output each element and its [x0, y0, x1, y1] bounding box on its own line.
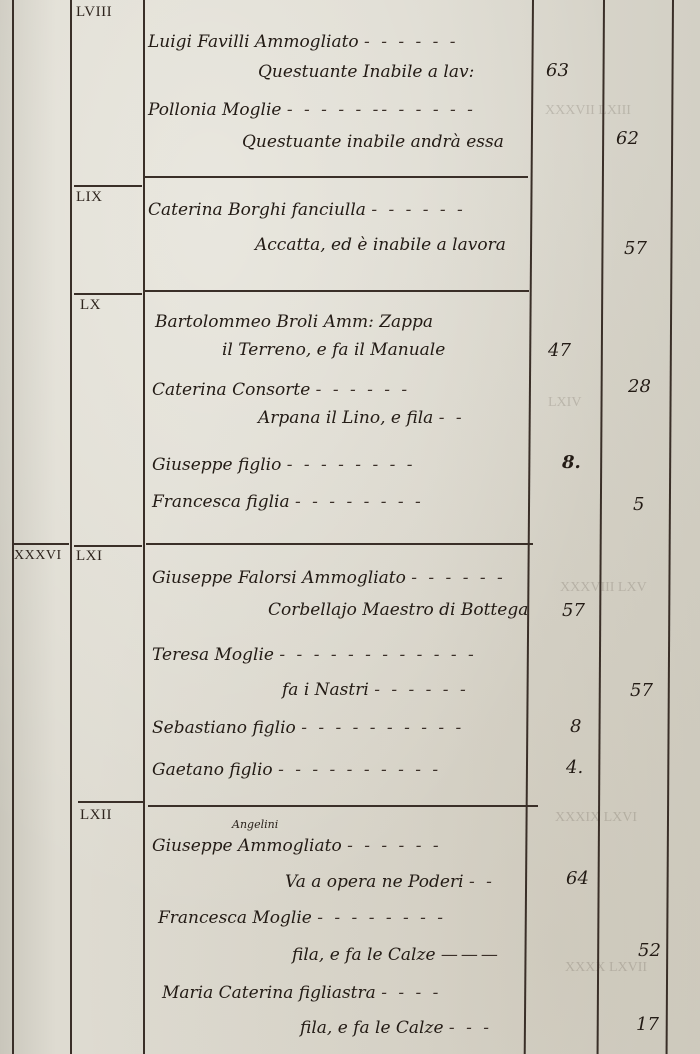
column-rule-names-right	[524, 0, 534, 1054]
family-number: LIX	[76, 189, 103, 206]
age-male: 64	[566, 868, 589, 889]
row-rule	[145, 290, 529, 292]
family-number: LXI	[76, 548, 103, 565]
member-name: Bartolommeo Broli Amm: Zappa	[155, 312, 433, 332]
age-female: 17	[636, 1014, 659, 1035]
age-female: 5	[633, 494, 644, 515]
age-male: 57	[562, 600, 585, 621]
member-name: Giuseppe figlio - - - - - - - -	[152, 455, 416, 475]
member-name: Luigi Favilli Ammogliato - - - - - -	[148, 32, 459, 52]
bleed-through-text: XXXX LXVII	[565, 960, 647, 976]
age-male: 63	[546, 60, 569, 81]
bleed-through-text: XXXIX LXVI	[555, 810, 637, 826]
age-female: 57	[624, 238, 647, 259]
member-occupation: fila, e fa le Calze - - -	[300, 1018, 492, 1038]
member-name: Pollonia Moglie - - - - - -- - - - - -	[148, 100, 476, 120]
age-female: 52	[638, 940, 661, 961]
register-page: XXXVII LXIII LXIV XXXVIII LXV XXXIX LXVI…	[0, 0, 700, 1054]
member-name: Giuseppe Falorsi Ammogliato - - - - - -	[152, 568, 506, 588]
insertion-above-line: Angelini	[232, 818, 278, 831]
member-occupation: Questuante Inabile a lav:	[258, 62, 474, 82]
row-rule	[74, 185, 142, 187]
row-rule	[146, 543, 533, 545]
member-name: Gaetano figlio - - - - - - - - - -	[152, 760, 441, 780]
column-rule-male-age-right	[597, 0, 605, 1054]
member-name: Teresa Moglie - - - - - - - - - - - -	[152, 645, 477, 665]
age-female: 57	[630, 680, 653, 701]
member-name: Francesca Moglie - - - - - - - -	[158, 908, 446, 928]
column-rule-house	[70, 0, 72, 1054]
member-occupation: Arpana il Lino, e fila - -	[258, 408, 465, 428]
family-number: LXII	[80, 807, 112, 824]
row-rule	[148, 805, 538, 807]
column-rule-left-border	[12, 0, 14, 1054]
member-name: Giuseppe Ammogliato - - - - - -	[152, 836, 442, 856]
age-female: 28	[628, 376, 651, 397]
row-rule	[74, 545, 142, 547]
age-male: 8	[570, 716, 581, 737]
row-rule	[14, 543, 69, 545]
age-male: 47	[548, 340, 571, 361]
age-female: 62	[616, 128, 639, 149]
row-rule	[74, 293, 142, 295]
member-occupation: Corbellajo Maestro di Bottega	[268, 600, 528, 620]
member-occupation: Questuante inabile andrà essa	[242, 132, 504, 152]
bleed-through-text: LXIV	[548, 395, 581, 411]
member-occupation: fila, e fa le Calze ———	[292, 945, 501, 965]
row-rule	[78, 801, 143, 803]
member-occupation: il Terreno, e fa il Manuale	[222, 340, 445, 360]
family-number: LX	[80, 297, 101, 314]
member-name: Maria Caterina figliastra - - - -	[162, 983, 441, 1003]
member-occupation: fa i Nastri - - - - - -	[282, 680, 469, 700]
member-name: Caterina Borghi fanciulla - - - - - -	[148, 200, 466, 220]
bleed-through-text: XXXVIII LXV	[560, 580, 647, 596]
member-name: Caterina Consorte - - - - - -	[152, 380, 410, 400]
row-rule	[143, 176, 528, 178]
member-occupation: Accatta, ed è inabile a lavora	[255, 235, 506, 255]
member-name: Sebastiano figlio - - - - - - - - - -	[152, 718, 464, 738]
column-rule-family	[143, 0, 145, 1054]
age-male: 4.	[566, 757, 583, 778]
member-name: Francesca figlia - - - - - - - -	[152, 492, 424, 512]
column-rule-female-age-right	[666, 0, 674, 1054]
family-number: LVIII	[76, 4, 112, 21]
member-occupation: Va a opera ne Poderi - -	[285, 872, 495, 892]
bleed-through-text: XXXVII LXIII	[545, 103, 631, 119]
age-male: 8.	[562, 452, 581, 473]
house-number: XXXVI	[14, 548, 62, 564]
